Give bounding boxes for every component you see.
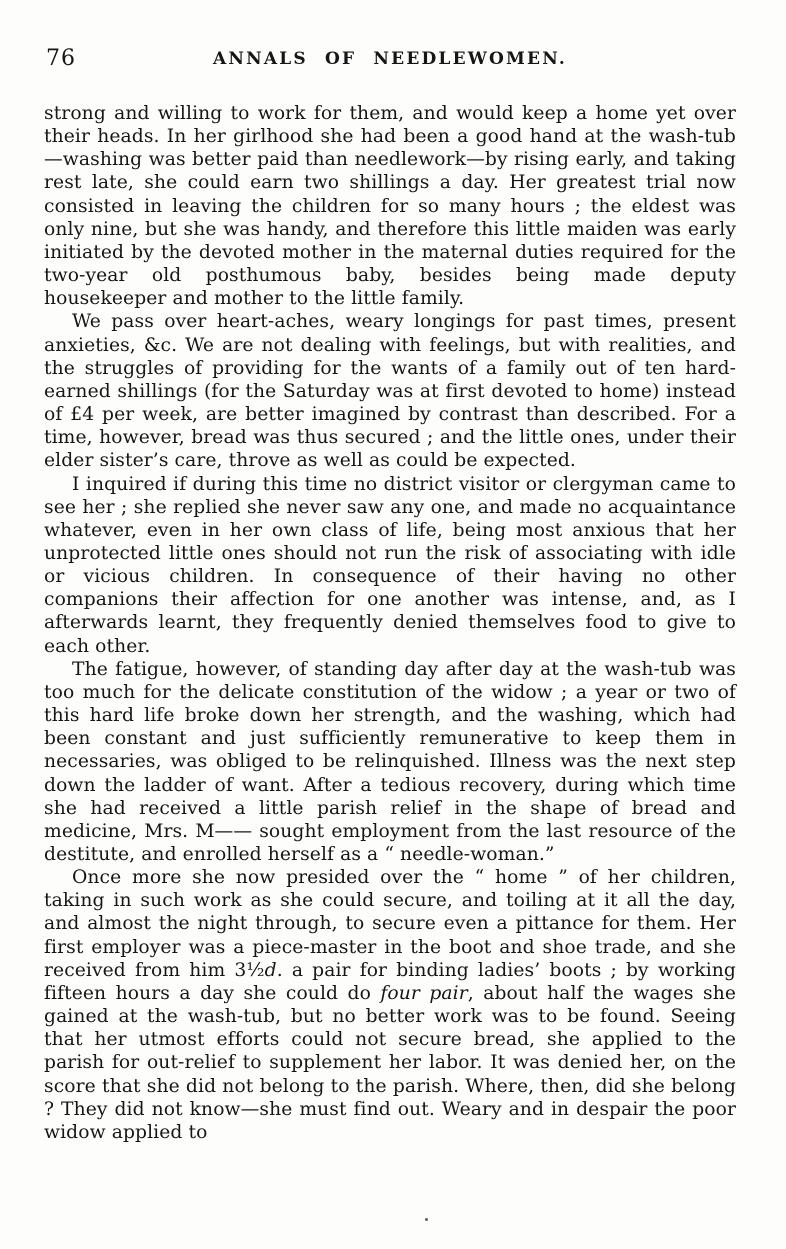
paragraph: The fatigue, however, of standing day af…: [44, 658, 736, 866]
paragraph: We pass over heart-aches, weary longings…: [44, 310, 736, 472]
page-number: 76: [46, 46, 76, 71]
paragraph: Once more she now presided over the “ ho…: [44, 866, 736, 1144]
running-title: ANNALS OF NEEDLEWOMEN.: [44, 46, 736, 69]
text-block: strong and willing to work for them, and…: [44, 102, 736, 1144]
book-page: 76 ANNALS OF NEEDLEWOMEN. strong and wil…: [0, 0, 786, 1249]
paragraph: strong and willing to work for them, and…: [44, 102, 736, 310]
page-header: 76 ANNALS OF NEEDLEWOMEN.: [44, 46, 736, 80]
paragraph: I inquired if during this time no distri…: [44, 473, 736, 658]
print-artifact-dot: [425, 1218, 428, 1221]
